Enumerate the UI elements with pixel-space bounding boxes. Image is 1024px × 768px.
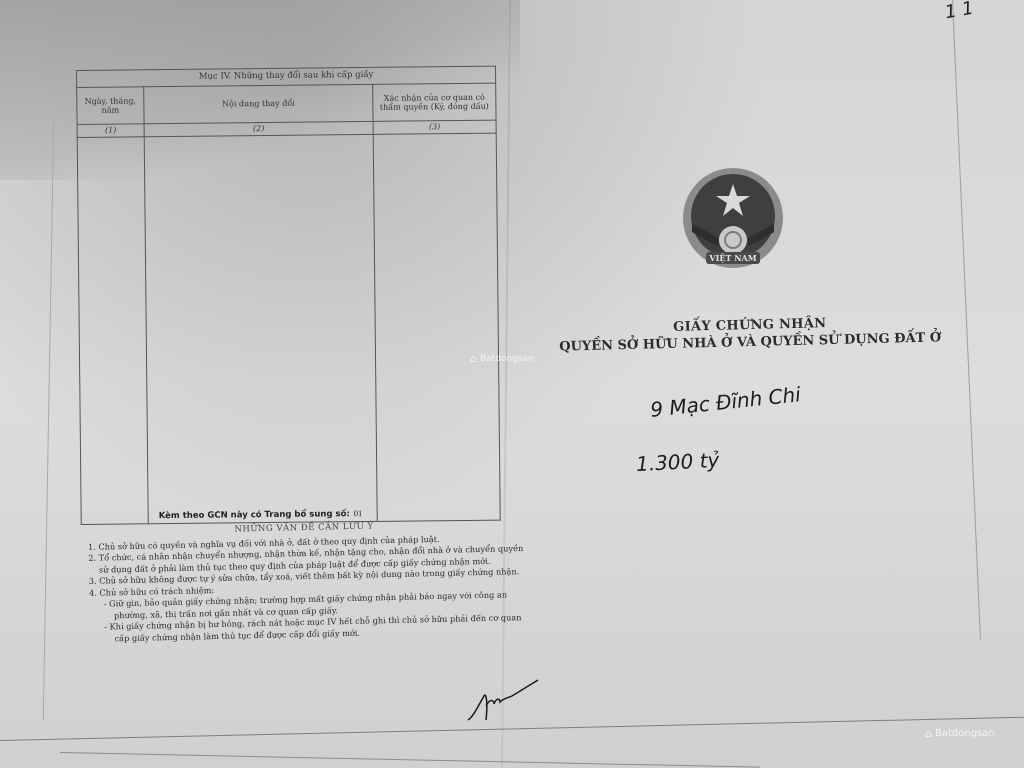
- watermark-center: ⌂ Batdongsan: [470, 352, 534, 365]
- column-number-3: (3): [373, 120, 496, 134]
- watermark-brand: Batdongsan: [935, 728, 995, 739]
- changes-table-section: Mục IV. Những thay đổi sau khi cấp giấy …: [76, 66, 501, 525]
- table-cell-empty: [373, 133, 500, 521]
- notes-list: Chủ sở hữu có quyền và nghĩa vụ đối với …: [84, 532, 526, 645]
- attachment-note: Kèm theo GCN này có Trang bổ sung số:01: [151, 509, 375, 522]
- batdongsan-logo-icon: ⌂: [470, 352, 477, 365]
- emblem-label: VIỆT NAM: [708, 253, 756, 263]
- national-emblem-icon: VIỆT NAM: [678, 166, 788, 274]
- watermark-brand: Batdongsan: [480, 354, 534, 364]
- note-sub-list: Giữ gìn, bảo quản giấy chứng nhận; trườn…: [100, 589, 527, 645]
- note-item: Chủ sở hữu có trách nhiệm: Giữ gìn, bảo …: [99, 578, 526, 645]
- watermark-corner: ⌂ Batdongsan: [925, 727, 995, 740]
- header-date: Ngày, tháng, năm: [77, 87, 144, 125]
- table-cell-empty: Kèm theo GCN này có Trang bổ sung số:01: [144, 134, 377, 523]
- signature-mark: [464, 676, 544, 726]
- column-number-1: (1): [77, 124, 144, 138]
- notes-section: NHỮNG VẤN ĐỀ CẦN LƯU Ý Chủ sở hữu có quy…: [84, 518, 527, 645]
- handwritten-price: 1.300 tỷ: [635, 448, 719, 476]
- attachment-number: 01: [354, 508, 363, 518]
- header-change-content: Nội dung thay đổi: [144, 84, 373, 123]
- table-cell-empty: [77, 137, 148, 525]
- changes-table: Mục IV. Những thay đổi sau khi cấp giấy …: [76, 66, 501, 525]
- batdongsan-logo-icon: ⌂: [925, 727, 932, 740]
- header-authority-confirmation: Xác nhận của cơ quan có thẩm quyền (Ký, …: [373, 83, 496, 121]
